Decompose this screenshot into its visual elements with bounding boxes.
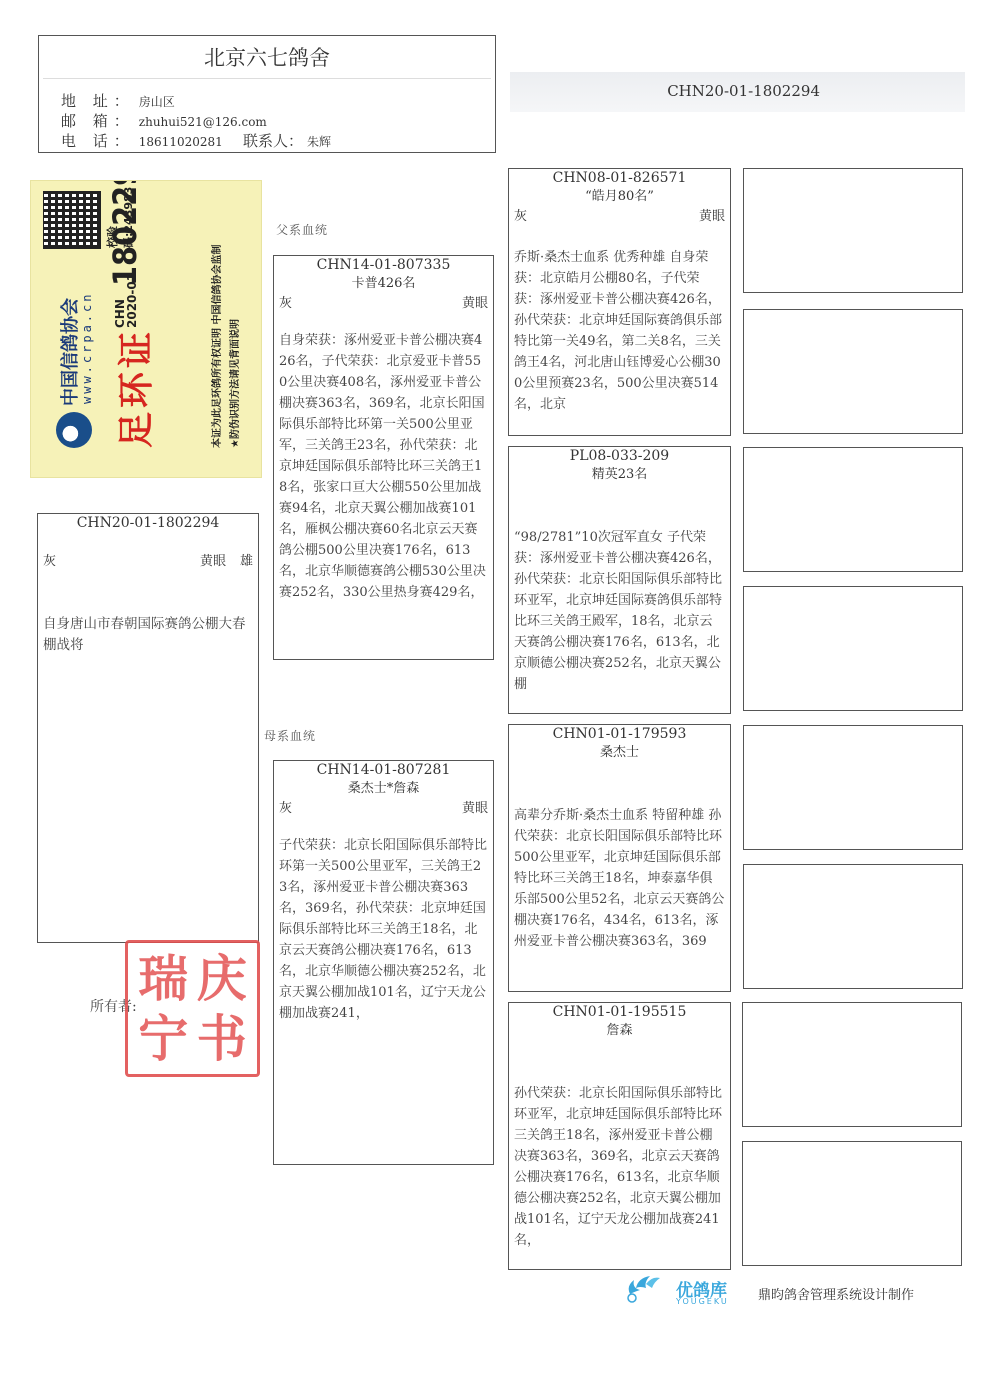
great-grandparent-box xyxy=(743,725,963,850)
contact-label: 联系人： xyxy=(243,132,303,150)
email-label: 邮 箱： xyxy=(61,112,135,130)
grandparent-name: 精英23名 xyxy=(514,465,725,485)
dam-description: 子代荣获：北京长阳国际俱乐部特比环第一关500公里亚军，三关鸽王23名，涿州爱亚… xyxy=(279,835,488,1024)
loft-name: 北京六七鸽舍 xyxy=(39,42,495,72)
grandparent-description: 孙代荣获：北京长阳国际俱乐部特比环亚军，北京坤廷国际俱乐部特比环三关鸽王18名，… xyxy=(514,1083,725,1251)
grandparent-ring: CHN01-01-179593 xyxy=(514,725,725,743)
grandparent-traits: 灰 黄眼 xyxy=(514,207,725,227)
great-grandparent-box xyxy=(743,168,963,293)
top-ring-banner: CHN20-01-1802294 xyxy=(510,72,965,112)
sire-color: 灰 xyxy=(279,294,292,314)
association-logo-icon xyxy=(56,412,92,448)
qr-code-icon xyxy=(44,192,100,248)
dam-traits: 灰 黄眼 xyxy=(279,799,488,819)
grandparent-name: “皓月80名” xyxy=(514,187,725,207)
card-title: 足环证 xyxy=(108,328,159,448)
granddam-paternal-box: PL08-033-209 精英23名 “98/2781”10次冠军直女 子代荣获… xyxy=(508,446,731,714)
great-grandparent-box xyxy=(743,864,963,989)
great-grandparent-box xyxy=(743,586,963,711)
dam-line-label: 母系血统 xyxy=(264,727,316,744)
yougeku-logo-icon xyxy=(622,1272,662,1304)
grandparent-color: 灰 xyxy=(514,207,527,227)
sire-ring: CHN14-01-807335 xyxy=(279,256,488,274)
seal-char: 庆 xyxy=(193,949,252,1009)
grandparent-name: 詹森 xyxy=(514,1021,725,1041)
card-association: 中国信鸽协会 xyxy=(56,298,82,406)
subject-ring: CHN20-01-1802294 xyxy=(43,514,253,532)
footer-credit: 鼎昀鸽舍管理系统设计制作 xyxy=(758,1284,914,1303)
great-grandparent-box xyxy=(742,1002,962,1127)
address-label: 地 址： xyxy=(61,92,135,110)
address-row: 地 址：房山区 xyxy=(61,90,175,111)
grandparent-name: 桑杰士 xyxy=(514,743,725,763)
grandsire-maternal-box: CHN01-01-179593 桑杰士 高辈分乔斯·桑杰士血系 特留种雄 孙代荣… xyxy=(508,724,731,992)
phone-row: 电 话：18611020281 xyxy=(61,130,223,151)
grandparent-eye: 黄眼 xyxy=(699,207,725,227)
sire-name: 卡普426名 xyxy=(279,274,488,294)
great-grandparent-box xyxy=(742,1141,962,1266)
phone-label: 电 话： xyxy=(61,132,135,150)
grandparent-ring: CHN01-01-195515 xyxy=(514,1003,725,1021)
card-note: ★防伪识别方法请见背面说明 xyxy=(226,319,241,448)
grandparent-description: “98/2781”10次冠军直女 子代荣获：涿州爱亚卡普公棚决赛426名，孙代荣… xyxy=(514,527,725,695)
dam-eye: 黄眼 xyxy=(462,799,488,819)
address-value: 房山区 xyxy=(139,95,175,109)
subject-traits: 灰 黄眼雄 xyxy=(43,552,253,572)
sire-line-label: 父系血统 xyxy=(276,221,328,238)
email-value: zhuhui521@126.com xyxy=(139,115,267,129)
card-note: 本证为此足环鸽所有权证明 中国信鸽协会监制 xyxy=(208,245,223,448)
loft-header: 北京六七鸽舍 地 址：房山区 邮 箱：zhuhui521@126.com 电 话… xyxy=(38,35,496,153)
dam-name: 桑杰士*詹森 xyxy=(279,779,488,799)
seal-char: 宁 xyxy=(134,1009,193,1069)
subject-description: 自身唐山市春朝国际赛鸽公棚大春棚战将 xyxy=(43,614,253,656)
granddam-maternal-box: CHN01-01-195515 詹森 孙代荣获：北京长阳国际俱乐部特比环亚军，北… xyxy=(508,1002,731,1270)
phone-value: 18611020281 xyxy=(139,135,223,149)
ring-certificate-card: 中国信鸽协会 www.crpa.cn 足环证 CHN 2020-01 18022… xyxy=(30,180,262,478)
contact-value: 朱辉 xyxy=(307,135,331,149)
grandparent-ring: CHN08-01-826571 xyxy=(514,169,725,187)
subject-pigeon-box: CHN20-01-1802294 灰 黄眼雄 自身唐山市春朝国际赛鸽公棚大春棚战… xyxy=(37,513,259,943)
header-divider xyxy=(43,78,491,79)
dam-color: 灰 xyxy=(279,799,292,819)
grandparent-description: 高辈分乔斯·桑杰士血系 特留种雄 孙代荣获：北京长阳国际俱乐部特比环500公里亚… xyxy=(514,805,725,952)
sire-traits: 灰 黄眼 xyxy=(279,294,488,314)
card-url: www.crpa.cn xyxy=(80,292,94,404)
subject-eye: 黄眼 xyxy=(200,554,226,569)
dam-ring: CHN14-01-807281 xyxy=(279,761,488,779)
great-grandparent-box xyxy=(743,447,963,572)
sire-box: CHN14-01-807335 卡普426名 灰 黄眼 自身荣获：涿州爱亚卡普公… xyxy=(273,255,494,660)
sire-eye: 黄眼 xyxy=(462,294,488,314)
owner-seal-stamp: 瑞 庆 宁 书 xyxy=(125,940,260,1077)
subject-sex: 雄 xyxy=(240,554,253,569)
footer-brand-en: YOUGEKU xyxy=(676,1297,729,1306)
contact-row: 联系人：朱辉 xyxy=(243,130,331,151)
grandsire-paternal-box: CHN08-01-826571 “皓月80名” 灰 黄眼 乔斯·桑杰士血系 优秀… xyxy=(508,168,731,436)
great-grandparent-box xyxy=(743,309,963,434)
email-row: 邮 箱：zhuhui521@126.com xyxy=(61,110,267,131)
grandparent-ring: PL08-033-209 xyxy=(514,447,725,465)
subject-color: 灰 xyxy=(43,552,56,572)
seal-char: 瑞 xyxy=(134,949,193,1009)
grandparent-description: 乔斯·桑杰士血系 优秀种雄 自身荣获：北京皓月公棚80名，子代荣获：涿州爱亚卡普… xyxy=(514,247,725,415)
seal-char: 书 xyxy=(193,1009,252,1069)
card-check-code: 校验码:243983 xyxy=(104,180,136,248)
sire-description: 自身荣获：涿州爱亚卡普公棚决赛426名，子代荣获：北京爱亚卡普550公里决赛40… xyxy=(279,330,488,603)
dam-box: CHN14-01-807281 桑杰士*詹森 灰 黄眼 子代荣获：北京长阳国际俱… xyxy=(273,760,494,1165)
top-ring-number: CHN20-01-1802294 xyxy=(667,82,820,100)
